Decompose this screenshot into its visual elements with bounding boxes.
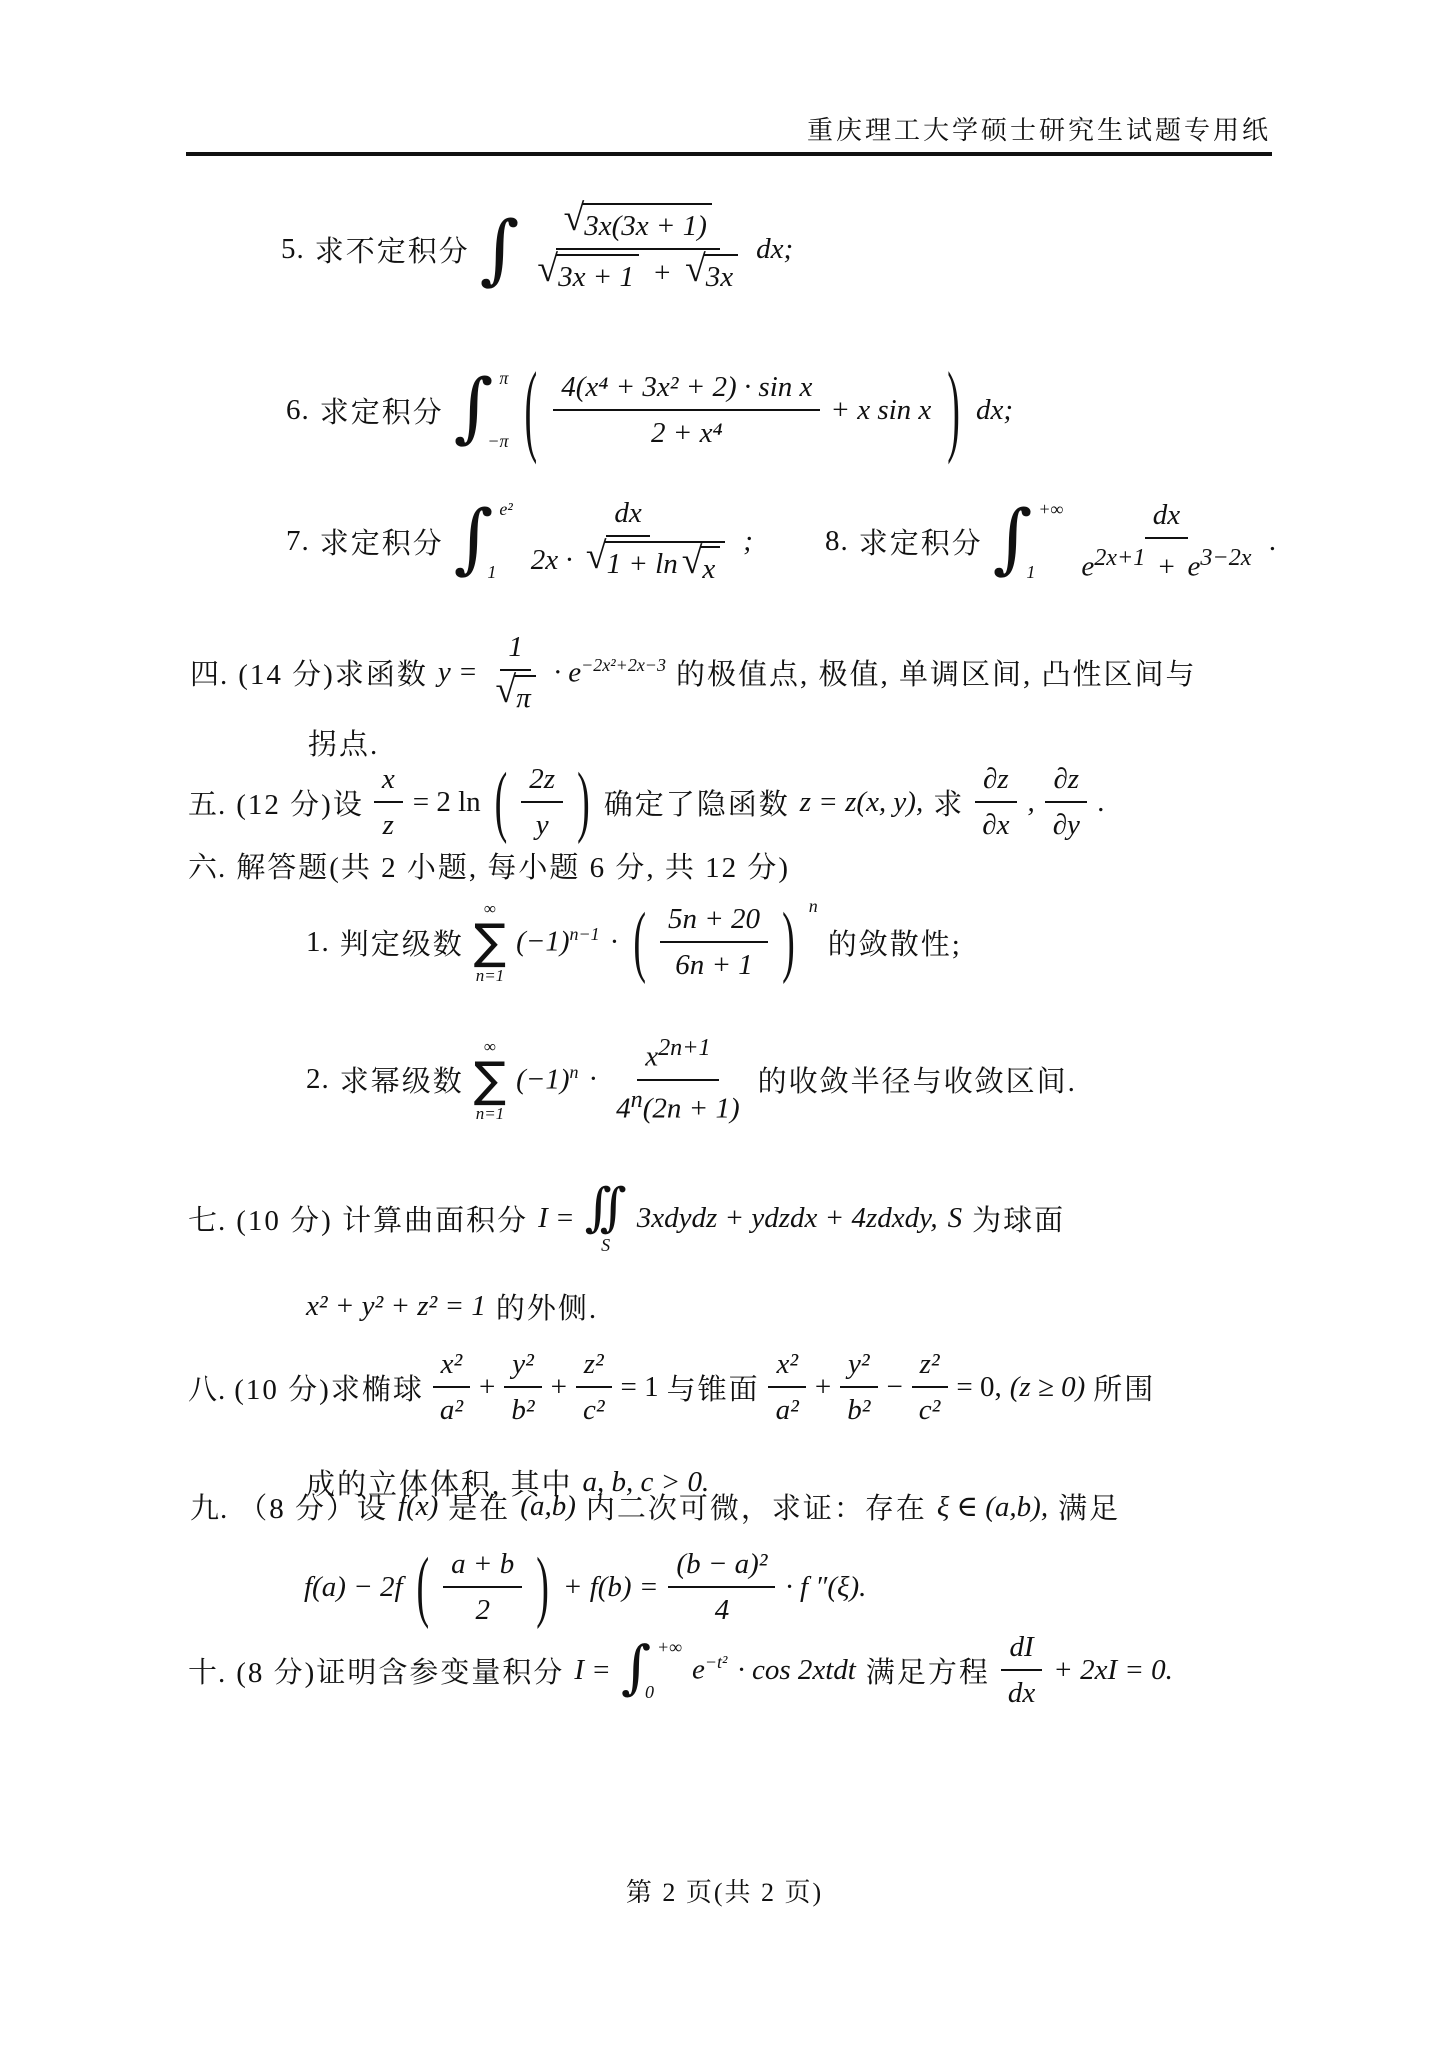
sigma-icon: ∑ <box>474 917 506 967</box>
sqrt-expression: √ 3x + 1 <box>537 254 639 295</box>
power-base: 4 <box>616 1093 631 1125</box>
question-text: 所围 <box>1093 1367 1155 1408</box>
equals-one: = 1 <box>621 1371 659 1404</box>
radical-icon: √ <box>537 253 558 285</box>
plus-term: + x sin x <box>830 394 931 427</box>
dot-operator: · <box>610 926 620 959</box>
right-paren: ) <box>577 762 590 842</box>
integral-bounds: +∞ 1 <box>1030 496 1063 586</box>
series-term: (−1)n <box>516 1063 578 1097</box>
equals-ln: = 2 ln <box>413 786 481 819</box>
fraction: dI dx <box>1000 1628 1043 1713</box>
exp-term: · e−2x²+2x−3 <box>554 656 666 690</box>
fraction-numerator: 2z <box>521 760 563 803</box>
question-label: （8 分）设 <box>238 1486 388 1527</box>
question-qi-line2: x² + y² + z² = 1 的外侧. <box>306 1286 598 1327</box>
power-exp: 2n+1 <box>658 1034 711 1061</box>
question-ba: 八. (10 分)求椭球 x² a² + y² b² + z² c² = 1 与… <box>188 1345 1155 1430</box>
integral-lower: 1 <box>1026 562 1063 583</box>
fraction-numerator: dx <box>606 494 649 537</box>
fraction-denominator: a² <box>432 1388 471 1429</box>
fraction: y² b² <box>503 1345 542 1430</box>
page-header-title: 重庆理工大学硕士研究生试题专用纸 <box>185 110 1271 147</box>
radical-icon: √ <box>685 253 706 285</box>
integrand: 3xdydz + ydzdx + 4zdxdy, <box>637 1202 938 1235</box>
question-text: 求 <box>933 782 964 823</box>
term-base: (−1) <box>516 1064 569 1096</box>
fraction-denominator: ∂x <box>974 803 1017 844</box>
question-label: (10 分) 计算曲面积分 <box>236 1198 528 1239</box>
question-number: 九. <box>190 1486 228 1527</box>
radicand: x <box>700 546 720 587</box>
fraction-denominator: 2 <box>467 1588 498 1629</box>
power-exp: n <box>631 1086 643 1113</box>
fraction: dx e2x+1 + e3−2x <box>1073 496 1259 586</box>
equation-lhs: y = <box>438 656 478 689</box>
implicit-function: z = z(x, y), <box>800 786 923 819</box>
integral-lower: 0 <box>645 1682 682 1703</box>
question-shi: 十. (8 分)证明含参变量积分 I = ∫ +∞ 0 e−t² · cos 2… <box>188 1628 1173 1713</box>
power-base: x <box>645 1041 658 1073</box>
surface-variable: S <box>948 1202 963 1235</box>
question-jiu-formula: f(a) − 2f ( a + b 2 ) + f(b) = (b − a)² … <box>304 1545 866 1630</box>
fraction: x² a² <box>432 1345 471 1430</box>
fraction-numerator: x <box>374 760 403 803</box>
question-text: 的敛散性; <box>828 922 962 963</box>
fraction-denominator: a² <box>768 1388 807 1429</box>
fraction-denominator: ∂y <box>1045 803 1088 844</box>
question-text: 满足方程 <box>866 1650 990 1691</box>
question-wu: 五. (12 分)设 x z = 2 ln ( 2z y ) 确定了隐函数 z … <box>188 760 1105 845</box>
integral-bounds: π −π <box>491 365 508 455</box>
question-label: (12 分)设 <box>236 782 364 823</box>
header-rule <box>186 152 1272 156</box>
integral-upper: +∞ <box>1038 499 1063 520</box>
fraction-denominator: c² <box>911 1388 949 1429</box>
plus-operator: + <box>551 1371 567 1404</box>
interval: (a,b) <box>520 1490 576 1523</box>
right-paren: ) <box>947 359 960 462</box>
integrand-rest: · cos 2xtdt <box>737 1654 855 1687</box>
fraction-denominator: y <box>528 803 557 844</box>
question-liu: 六. 解答题(共 2 小题, 每小题 6 分, 共 12 分) <box>188 845 790 886</box>
page-footer: 第 2 页(共 2 页) <box>0 1872 1449 1909</box>
fraction-denominator: b² <box>839 1388 878 1429</box>
den-rest: (2n + 1) <box>643 1093 740 1125</box>
fraction-denominator: z <box>375 803 402 844</box>
function-f: f(x) <box>398 1490 438 1523</box>
sigma-icon: ∑ <box>474 1055 506 1105</box>
question-label: 解答题(共 2 小题, 每小题 6 分, 共 12 分) <box>236 845 790 886</box>
fraction: a + b 2 <box>443 1545 522 1630</box>
fraction-numerator: x2n+1 <box>637 1032 718 1081</box>
radicand: 3x + 1 <box>556 254 639 295</box>
fraction-numerator: (b − a)² <box>668 1545 775 1588</box>
fraction-denominator: √ π <box>488 671 544 717</box>
fraction-numerator: x² <box>433 1345 471 1388</box>
dot-operator: · <box>589 1063 599 1096</box>
surface-integral: ∫ ∫ S <box>585 1182 627 1254</box>
fraction-denominator: 2x · √ 1 + ln √ x <box>523 537 734 588</box>
exp-power: −2x²+2x−3 <box>581 655 666 675</box>
period: . <box>1270 525 1277 558</box>
question-text: 与锥面 <box>667 1367 760 1408</box>
question-si-line2: 拐点. <box>308 722 379 763</box>
summation: ∞ ∑ n=1 <box>474 1038 506 1122</box>
fraction-numerator: 4(x⁴ + 3x² + 2) · sin x <box>553 368 820 411</box>
question-label: 求定积分 <box>320 390 444 431</box>
integral-bounds: +∞ 0 <box>649 1634 682 1706</box>
partial-fraction: ∂z ∂y <box>1045 760 1088 845</box>
semicolon: ; <box>743 525 753 558</box>
integral-lower: 1 <box>487 562 512 583</box>
fraction-denominator: 4n(2n + 1) <box>608 1081 747 1128</box>
minus-operator: − <box>886 1371 902 1404</box>
question-qi: 七. (10 分) 计算曲面积分 I = ∫ ∫ S 3xdydz + ydzd… <box>188 1182 1065 1254</box>
sum-lower: n=1 <box>476 967 504 984</box>
fraction-denominator: √ 3x + 1 + √ 3x <box>529 250 746 296</box>
question-7-8: 7. 求定积分 ∫ e² 1 dx 2x · √ 1 + ln √ x <box>286 494 1277 589</box>
fraction-numerator: x² <box>768 1345 806 1388</box>
plus-operator: + <box>1153 551 1181 583</box>
double-integral-icon: ∫ ∫ <box>585 1182 627 1234</box>
equals-zero: = 0, <box>956 1371 1001 1404</box>
exp-base: e <box>692 1654 705 1686</box>
question-label: 求幂级数 <box>340 1059 464 1100</box>
plus-operator: + <box>815 1371 831 1404</box>
integral-upper: π <box>499 368 508 389</box>
integral-with-bounds: ∫ π −π <box>454 365 509 455</box>
question-label: 求定积分 <box>320 521 444 562</box>
left-paren: ( <box>633 902 646 982</box>
radical-icon: √ <box>564 202 585 234</box>
fraction-numerator: dx <box>1145 496 1188 539</box>
equation-tail: + 2xI = 0. <box>1053 1654 1173 1687</box>
condition: (z ≥ 0) <box>1010 1371 1086 1404</box>
formula-tail: · f ″(ξ). <box>785 1571 866 1604</box>
integral-sign: ∫ <box>600 1182 627 1234</box>
formula-lhs: f(a) − 2f <box>304 1571 403 1604</box>
term-base: (−1) <box>516 926 569 958</box>
fraction-denominator: 6n + 1 <box>667 943 761 984</box>
right-paren: ) <box>782 902 795 982</box>
question-text: 满足 <box>1058 1486 1120 1527</box>
exp-term: e−t² <box>692 1653 727 1687</box>
radicand: 1 + ln √ x <box>605 541 726 587</box>
term-power: n <box>570 1062 579 1082</box>
fraction: dx 2x · √ 1 + ln √ x <box>523 494 734 589</box>
radical-icon: √ <box>682 545 703 577</box>
question-number: 十. <box>188 1650 226 1691</box>
sqrt-expression: √ 1 + ln √ x <box>586 541 725 587</box>
exp-power: 3−2x <box>1200 544 1251 571</box>
integral-sign: ∫ <box>480 207 520 291</box>
radicand-text: 1 + ln <box>607 546 678 582</box>
differential: dx; <box>756 233 793 266</box>
equation-lhs: I = <box>574 1654 610 1687</box>
integral-upper: e² <box>499 499 512 520</box>
question-jiu: 九. （8 分）设 f(x) 是在 (a,b) 内二次可微，求证：存在 ξ ∈ … <box>190 1486 1120 1527</box>
radical-icon: √ <box>496 674 517 706</box>
fraction: 2z y <box>521 760 563 845</box>
sqrt-expression: √ 3x(3x + 1) <box>564 203 712 244</box>
integral-bounds: e² 1 <box>491 496 512 586</box>
question-number: 1. <box>306 926 330 959</box>
surface-label: S <box>601 1236 610 1254</box>
question-text: 的外侧. <box>496 1286 598 1327</box>
partial-fraction: ∂z ∂x <box>974 760 1017 845</box>
fraction-numerator: z² <box>576 1345 612 1388</box>
question-liu-1: 1. 判定级数 ∞ ∑ n=1 (−1)n−1 · ( 5n + 20 6n +… <box>306 900 962 985</box>
question-label: 求定积分 <box>859 521 983 562</box>
left-paren: ( <box>495 762 508 842</box>
exp-power: −t² <box>705 1652 728 1672</box>
sqrt-expression: √ π <box>496 675 536 716</box>
sphere-equation: x² + y² + z² = 1 <box>306 1290 486 1323</box>
question-text: 确定了隐函数 <box>604 782 790 823</box>
period: . <box>1098 786 1105 819</box>
integral-with-bounds: ∫ +∞ 1 <box>993 496 1064 586</box>
left-paren: ( <box>525 359 538 462</box>
fraction: 5n + 20 6n + 1 <box>660 900 768 985</box>
plus-operator: + <box>646 257 678 289</box>
nested-sqrt: √ x <box>682 546 721 587</box>
question-number: 六. <box>188 845 226 886</box>
exp-base: · e <box>554 657 581 689</box>
exp-power: 2x+1 <box>1094 544 1145 571</box>
question-liu-2: 2. 求幂级数 ∞ ∑ n=1 (−1)n · x2n+1 4n(2n + 1)… <box>306 1032 1077 1128</box>
question-6: 6. 求定积分 ∫ π −π ( 4(x⁴ + 3x² + 2) · sin x… <box>286 365 1013 455</box>
fraction-numerator: dI <box>1001 1628 1041 1671</box>
fraction: x z <box>374 760 403 845</box>
question-text: 拐点. <box>308 722 379 763</box>
equation-lhs: I = <box>538 1202 574 1235</box>
term-power: n−1 <box>570 924 600 944</box>
fraction-numerator: z² <box>912 1345 948 1388</box>
sum-lower: n=1 <box>476 1105 504 1122</box>
fraction: (b − a)² 4 <box>668 1545 775 1630</box>
question-text: 为球面 <box>972 1198 1065 1239</box>
question-number: 五. <box>188 782 226 823</box>
fraction-numerator: y² <box>840 1345 878 1388</box>
question-text: 内二次可微，求证：存在 <box>586 1486 927 1527</box>
question-number: 8. <box>825 525 849 558</box>
question-si: 四. (14 分)求函数 y = 1 √ π · e−2x²+2x−3 的极值点… <box>190 628 1196 718</box>
xi-membership: ξ ∈ (a,b), <box>937 1489 1048 1524</box>
question-label: (8 分)证明含参变量积分 <box>236 1650 564 1691</box>
fraction: 4(x⁴ + 3x² + 2) · sin x 2 + x⁴ <box>553 368 820 453</box>
fraction-denominator: e2x+1 + e3−2x <box>1073 539 1259 586</box>
question-label: (10 分)求椭球 <box>234 1367 424 1408</box>
question-text: 是在 <box>448 1486 510 1527</box>
question-5: 5. 求不定积分 ∫ √ 3x(3x + 1) √ 3x + 1 + √ 3x <box>281 202 793 297</box>
question-label: (14 分)求函数 <box>238 652 428 693</box>
fraction: z² c² <box>575 1345 613 1430</box>
question-text: 的收敛半径与收敛区间. <box>758 1059 1077 1100</box>
fraction-numerator: √ 3x(3x + 1) <box>556 202 720 250</box>
left-paren: ( <box>417 1547 430 1627</box>
fraction-numerator: y² <box>504 1345 542 1388</box>
question-number: 7. <box>286 525 310 558</box>
fraction: z² c² <box>911 1345 949 1430</box>
exam-page: 重庆理工大学硕士研究生试题专用纸 5. 求不定积分 ∫ √ 3x(3x + 1)… <box>0 0 1449 2046</box>
fraction-numerator: ∂z <box>1045 760 1087 803</box>
comma: , <box>1027 786 1034 819</box>
fraction-numerator: 5n + 20 <box>660 900 768 943</box>
right-paren: ) <box>536 1547 549 1627</box>
fraction-numerator: a + b <box>443 1545 522 1588</box>
sqrt-expression: √ 3x <box>685 254 738 295</box>
radicand: π <box>514 675 536 716</box>
summation: ∞ ∑ n=1 <box>474 900 506 984</box>
question-number: 七. <box>188 1198 226 1239</box>
fraction-denominator: c² <box>575 1388 613 1429</box>
question-label: 判定级数 <box>340 922 464 963</box>
radicand: 3x <box>704 254 738 295</box>
fraction: x2n+1 4n(2n + 1) <box>608 1032 747 1128</box>
integral-lower: −π <box>487 431 508 452</box>
integral-upper: +∞ <box>657 1637 682 1658</box>
fraction-denominator: 4 <box>707 1588 738 1629</box>
fraction-denominator: 2 + x⁴ <box>643 411 731 452</box>
fraction-numerator: ∂z <box>975 760 1017 803</box>
question-label: 求不定积分 <box>315 229 470 270</box>
fraction: x² a² <box>768 1345 807 1430</box>
exp-base: e <box>1187 551 1200 583</box>
fraction-denominator: b² <box>503 1388 542 1429</box>
fraction: √ 3x(3x + 1) √ 3x + 1 + √ 3x <box>529 202 746 297</box>
question-number: 八. <box>188 1367 226 1408</box>
question-number: 5. <box>281 233 305 266</box>
differential: dx; <box>976 394 1013 427</box>
formula-mid: + f(b) = <box>563 1571 659 1604</box>
question-text: 的极值点, 极值, 单调区间, 凸性区间与 <box>676 652 1197 693</box>
fraction-denominator: dx <box>1000 1671 1043 1712</box>
question-number: 2. <box>306 1063 330 1096</box>
question-number: 四. <box>190 652 228 693</box>
radicand: 3x(3x + 1) <box>582 203 712 244</box>
series-term: (−1)n−1 <box>516 925 600 959</box>
radical-icon: √ <box>586 540 607 572</box>
question-number: 6. <box>286 394 310 427</box>
outer-exponent: n <box>809 896 818 917</box>
fraction: 1 √ π <box>488 628 544 718</box>
integral-with-bounds: ∫ e² 1 <box>454 496 513 586</box>
plus-operator: + <box>479 1371 495 1404</box>
fraction: y² b² <box>839 1345 878 1430</box>
integral-with-bounds: ∫ +∞ 0 <box>621 1634 682 1706</box>
fraction-numerator: 1 <box>500 628 531 671</box>
coefficient: 2x · <box>531 544 573 576</box>
exp-base: e <box>1081 551 1094 583</box>
